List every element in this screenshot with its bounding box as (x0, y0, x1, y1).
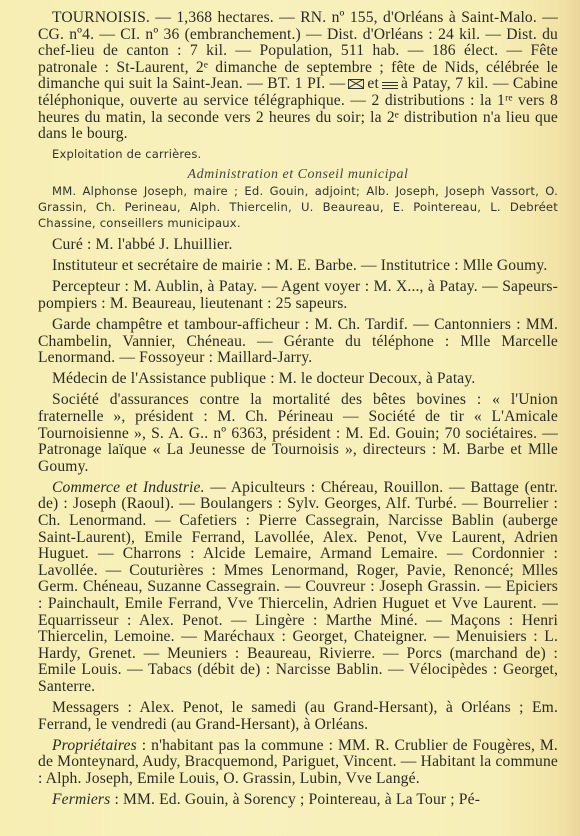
proprietaires-paragraph: Propriétaires : n'habitant pas la commun… (38, 738, 558, 788)
commune-entry: TOURNOISIS. — 1,368 hectares. — RN. nº 1… (38, 10, 558, 813)
post-office-icon (348, 79, 364, 89)
commerce-paragraph: Commerce et Industrie. — Apiculteurs : C… (38, 480, 558, 696)
intro-text-mid: et (367, 75, 379, 92)
medecin-paragraph: Médecin de l'Assistance publique : M. le… (38, 371, 558, 388)
commerce-text: — Apiculteurs : Chéreau, Rouillon. — Bat… (38, 479, 558, 695)
societe-paragraph: Société d'assurances contre la mortalité… (38, 392, 558, 475)
commerce-label: Commerce et Industrie. (52, 479, 205, 496)
fermiers-paragraph: Fermiers : MM. Ed. Gouin, à Sorency ; Po… (38, 792, 558, 809)
messagers-paragraph: Messagers : Alex. Penot, le samedi (au G… (38, 700, 558, 733)
proprietaires-label: Propriétaires (52, 737, 137, 754)
garde-paragraph: Garde champêtre et tambour-afficheur : M… (38, 317, 558, 367)
document-page: ⁀ TOURNOISIS. — 1,368 hectares. — RN. nº… (0, 0, 580, 836)
cure-paragraph: Curé : M. l'abbé J. Lhuillier. (38, 237, 558, 254)
council-paragraph: MM. Alphonse Joseph, maire ; Ed. Gouin, … (38, 184, 558, 231)
telegraph-icon (382, 80, 398, 89)
exploitation-line: Exploitation de carrières. (38, 147, 558, 163)
instituteur-paragraph: Instituteur et secrétaire de mairie : M.… (38, 258, 558, 275)
intro-paragraph: TOURNOISIS. — 1,368 hectares. — RN. nº 1… (38, 10, 558, 143)
fermiers-label: Fermiers (52, 791, 110, 808)
fermiers-text: : MM. Ed. Gouin, à Sorency ; Pointereau,… (114, 791, 480, 808)
admin-heading: Administration et Conseil municipal (38, 167, 558, 184)
percepteur-paragraph: Percepteur : M. Aublin, à Patay. — Agent… (38, 279, 558, 312)
